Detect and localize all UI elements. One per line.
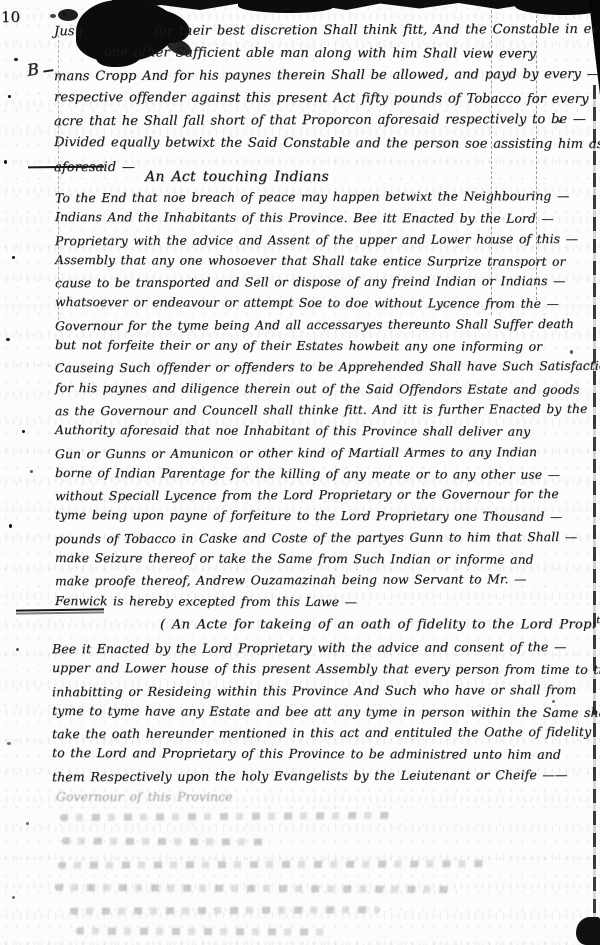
manuscript-line: Bee it Enacted by the Lord Proprietary w… — [52, 636, 600, 660]
manuscript-line: respective offender against this present… — [54, 87, 600, 112]
scan-speck — [50, 14, 56, 18]
manuscript-line: to the Lord and Proprietary of this Prov… — [52, 742, 600, 765]
manuscript-line: Jusq for their best discretion Shall thi… — [54, 19, 600, 44]
manuscript-page: 10 B Jusq for their best discretion Shal… — [0, 0, 600, 945]
manuscript-line: without Speciall Lycence from the Lord P… — [55, 484, 600, 508]
faded-manuscript-line: Governour of this Province — [56, 789, 233, 804]
scan-speck — [16, 648, 19, 651]
manuscript-line: for his paynes and diligence therein out… — [55, 378, 600, 401]
manuscript-line: inhabitting or Resideing within this Pro… — [52, 678, 600, 702]
manuscript-line: Divided equally betwixt the Said Constab… — [54, 132, 600, 157]
manuscript-line: tyme being upon payne of forfeiture to t… — [55, 505, 600, 528]
manuscript-line: pounds of Tobacco in Caske and Coste of … — [55, 527, 600, 551]
manuscript-line: Fenwick is hereby excepted from this Law… — [55, 591, 600, 614]
scan-speck — [9, 524, 12, 528]
manuscript-line: To the End that noe breach of peace may … — [55, 186, 600, 210]
manuscript-line: but not forfeite their or any of their E… — [55, 335, 600, 358]
manuscript-line: whatsoever or endeavour or attempt Soe t… — [55, 293, 600, 316]
scan-speck — [62, 12, 66, 16]
scan-speck — [12, 896, 15, 899]
top-edge-blob — [515, 0, 600, 15]
faded-text-line — [76, 928, 326, 936]
manuscript-line: Gun or Gunns or Amunicon or other kind o… — [55, 441, 600, 465]
manuscript-line: make proofe thereof, Andrew Ouzamazinah … — [55, 569, 600, 593]
manuscript-line: borne of Indian Parentage for the killin… — [55, 463, 600, 486]
scan-corner-blot — [576, 917, 600, 945]
act-oath-heading-superscript: ty — [596, 616, 600, 626]
intro-paragraph: Jusq for their best discretion Shall thi… — [54, 20, 600, 178]
scan-speck — [12, 256, 15, 259]
manuscript-line: upper and Lower house of this present As… — [52, 657, 600, 680]
manuscript-line: Proprietary with the advice and Assent o… — [55, 228, 600, 252]
faded-text-line — [55, 884, 455, 893]
manuscript-line: Indians And the Inhabitants of this Prov… — [55, 207, 600, 230]
manuscript-line: them Respectively upon the holy Evangeli… — [52, 764, 600, 788]
manuscript-line: Causeing Such offender or offenders to b… — [55, 356, 600, 380]
faded-text-line — [60, 812, 390, 821]
manuscript-line: acre that he Shall fall short of that Pr… — [54, 109, 600, 134]
manuscript-line: mans Cropp And for his paynes therein Sh… — [54, 64, 600, 89]
scan-speck — [26, 822, 29, 825]
line1-rest: for their best discretion Shall think fi… — [154, 19, 600, 44]
intro-lines: mans Cropp And for his paynes therein Sh… — [54, 65, 600, 178]
act-oath-heading: ( An Acte for takeing of an oath of fide… — [160, 616, 600, 632]
manuscript-line: tyme to tyme have any Estate and bee att… — [52, 700, 600, 723]
scan-speck — [14, 58, 18, 61]
manuscript-line: as the Governour and Councell shall thin… — [55, 399, 600, 423]
manuscript-line: cause to be transported and Sell or disp… — [55, 271, 600, 295]
scan-speck — [558, 120, 562, 123]
act-indians-body: To the End that noe breach of peace may … — [55, 187, 600, 613]
act-oath-body: Bee it Enacted by the Lord Proprietary w… — [52, 637, 600, 786]
scan-speck — [4, 160, 7, 164]
scan-speck — [570, 350, 573, 354]
manuscript-line: make Seizure thereof or take the Same fr… — [55, 548, 600, 571]
scan-speck — [6, 338, 10, 341]
manuscript-line: one other Sufficient able man along with… — [54, 42, 600, 67]
faded-text-line — [62, 837, 267, 845]
scan-speck — [30, 470, 33, 473]
scan-speck — [552, 700, 555, 703]
manuscript-line: take the oath hereunder mentioned in thi… — [52, 721, 600, 745]
page-number: 10 — [1, 8, 20, 26]
act-indians-heading: An Act touching Indians — [145, 169, 329, 185]
scan-speck — [22, 430, 25, 433]
faded-text-line — [58, 860, 488, 869]
act-oath-heading-text: ( An Acte for takeing of an oath of fide… — [160, 617, 596, 632]
manuscript-line: Authority aforesaid that noe Inhabitant … — [55, 420, 600, 443]
scan-speck — [8, 95, 11, 98]
manuscript-line: Governour for the tyme being And all acc… — [55, 314, 600, 338]
scan-speck — [7, 742, 11, 745]
margin-letter: B — [26, 59, 40, 79]
manuscript-line: Assembly that any one whosoever that Sha… — [55, 250, 600, 273]
faded-text-line — [70, 906, 380, 915]
line1-start: Jusq — [54, 24, 83, 39]
top-edge-blob — [238, 0, 333, 13]
